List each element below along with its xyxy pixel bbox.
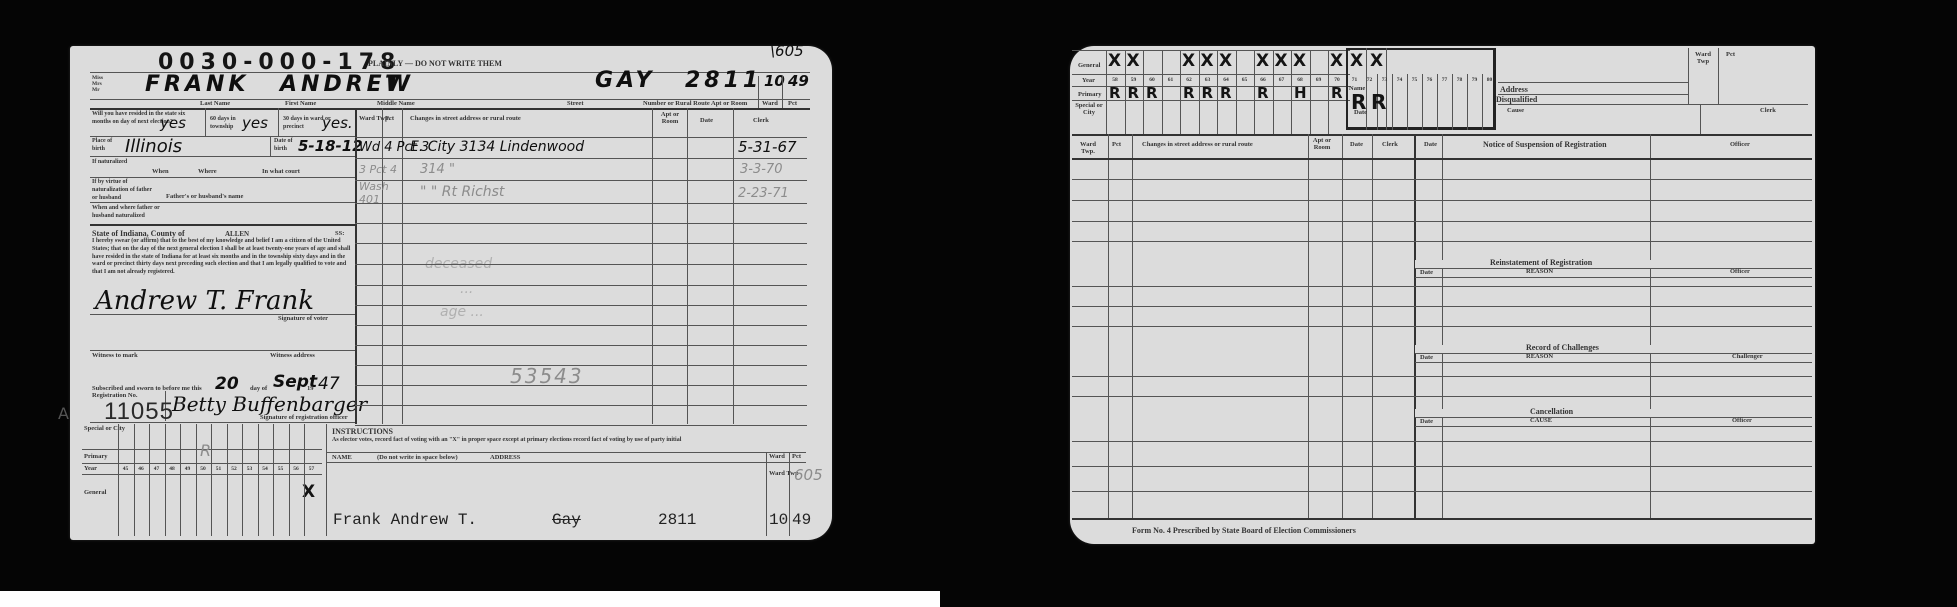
label-pct: Pct bbox=[1726, 52, 1735, 59]
col-changes: Changes in street address or rural route bbox=[1142, 142, 1253, 149]
col-date: Date bbox=[700, 118, 713, 125]
label-do-not-write: (Do not write in space below) bbox=[377, 455, 458, 462]
primary-vote-mark: R bbox=[1128, 84, 1140, 102]
year-cell: 56 bbox=[289, 466, 304, 472]
year-cell: 79 bbox=[1467, 77, 1482, 83]
voter-registration-card-front: 0030-000-178 PLAINLY — DO NOT WRITE THEM… bbox=[70, 46, 832, 540]
label-naturalized: If naturalized bbox=[92, 159, 132, 167]
col-apt: Apt or Room bbox=[1310, 138, 1334, 152]
change-2-address: 314 " bbox=[420, 162, 455, 177]
year-cell: 52 bbox=[227, 466, 242, 472]
label-first-name: First Name bbox=[285, 101, 316, 108]
label-street: Street bbox=[567, 101, 583, 108]
prefix-mr: Mr bbox=[92, 88, 100, 94]
row-general: General bbox=[84, 490, 106, 497]
primary-vote-mark: R bbox=[1351, 90, 1366, 114]
change-3-address: " " Rt Richst bbox=[420, 184, 504, 200]
change-1-address: E. City 3134 Lindenwood bbox=[410, 139, 584, 155]
year-cell: 67 bbox=[1273, 77, 1291, 83]
label-fathers-name: Father's or husband's name bbox=[166, 194, 243, 201]
change-1-date: 5-31-67 bbox=[738, 138, 797, 156]
faint-note-2: ... bbox=[460, 281, 473, 297]
cancel-cause: CAUSE bbox=[1530, 418, 1552, 425]
year-cell: 64 bbox=[1217, 77, 1235, 83]
col-officer: Officer bbox=[1730, 142, 1750, 149]
col-pct: Pct bbox=[385, 116, 394, 123]
bottom-twp-note: 605 bbox=[794, 466, 823, 484]
label-apt: Apt or Room bbox=[711, 101, 747, 108]
year-cell: 70 bbox=[1328, 77, 1346, 83]
officer-signature: Betty Buffenbarger bbox=[172, 392, 367, 416]
precinct-value: 49 bbox=[788, 72, 809, 90]
label-cause: Cause bbox=[1507, 108, 1524, 115]
col-ward-twp: Ward Twp. bbox=[1076, 142, 1100, 156]
primary-vote-mark: R bbox=[1331, 84, 1343, 102]
typed-number: 2811 bbox=[658, 511, 696, 529]
last-name-value: FRANK bbox=[145, 72, 249, 97]
general-vote-mark: X bbox=[1275, 51, 1288, 71]
header-note: PLAINLY — DO NOT WRITE THEM bbox=[368, 60, 502, 68]
primary-vote-mark: R bbox=[1257, 84, 1269, 102]
row-year: Year bbox=[84, 466, 97, 473]
house-number-value: 2811 bbox=[685, 68, 762, 93]
subscribed-day: 20 bbox=[215, 374, 239, 394]
year-cell: 51 bbox=[211, 466, 226, 472]
row-special: Special or City bbox=[1074, 103, 1104, 117]
year-cell: 72 bbox=[1362, 77, 1377, 83]
year-cell: 46 bbox=[134, 466, 149, 472]
street-value: GAY bbox=[595, 68, 656, 93]
year-cell: 54 bbox=[258, 466, 273, 472]
year-cell: 53 bbox=[242, 466, 257, 472]
instructions-text: As elector votes, record fact of voting … bbox=[332, 437, 802, 444]
year-cell: 59 bbox=[1125, 77, 1143, 83]
year-cell: 69 bbox=[1310, 77, 1328, 83]
change-2-date: 3-3-70 bbox=[740, 162, 782, 177]
col-pct: Pct bbox=[1112, 142, 1121, 149]
year-cell: 45 bbox=[118, 466, 133, 472]
year-cell: 65 bbox=[1236, 77, 1254, 83]
row-general: General bbox=[1078, 63, 1100, 70]
change-2-ward: 3 Pct 4 bbox=[359, 163, 397, 176]
section-cancellation: Cancellation bbox=[1530, 408, 1573, 416]
label-ss: SS: bbox=[335, 231, 344, 238]
challenge-date: Date bbox=[1420, 355, 1433, 362]
primary-vote-mark: R bbox=[1220, 84, 1232, 102]
answer-resided-state: yes bbox=[160, 114, 186, 132]
label-signature-officer: Signature of registration officer bbox=[260, 415, 348, 422]
col-clerk: Clerk bbox=[753, 118, 769, 125]
col-changes: Changes in street address or rural route bbox=[410, 116, 521, 123]
primary-vote-mark: R bbox=[1109, 84, 1121, 102]
general-vote-mark: X bbox=[1201, 51, 1214, 71]
row-year: Year bbox=[1082, 78, 1095, 85]
year-cell: 58 bbox=[1106, 77, 1124, 83]
year-cell: 66 bbox=[1254, 77, 1272, 83]
reinstatement-officer: Officer bbox=[1730, 269, 1750, 276]
row-primary: Primary bbox=[1078, 92, 1101, 99]
section-challenges: Record of Challenges bbox=[1526, 344, 1599, 352]
answer-30-days: yes. bbox=[322, 114, 353, 132]
year-cell: 55 bbox=[273, 466, 288, 472]
primary-vote-mark: R bbox=[1371, 90, 1386, 114]
label-bottom-ward: Ward bbox=[769, 454, 785, 461]
year-cell: 49 bbox=[180, 466, 195, 472]
general-vote-mark: X bbox=[1256, 51, 1269, 71]
primary-vote-mark: R bbox=[1202, 84, 1214, 102]
general-vote-mark: X bbox=[1219, 51, 1232, 71]
year-cell: 73 bbox=[1377, 77, 1392, 83]
label-place-of-birth: Place of birth bbox=[92, 138, 122, 154]
year-cell: 68 bbox=[1291, 77, 1309, 83]
general-vote-mark: X bbox=[1182, 51, 1195, 71]
year-cell: 48 bbox=[165, 466, 180, 472]
label-pct: Pct bbox=[788, 101, 797, 108]
label-when: When bbox=[152, 169, 169, 176]
label-witness-mark: Witness to mark bbox=[92, 353, 138, 360]
year-cell: 62 bbox=[1180, 77, 1198, 83]
general-vote-mark: X bbox=[1127, 51, 1140, 71]
subscribed-year: 47 bbox=[318, 374, 340, 394]
label-signature-voter: Signature of voter bbox=[278, 316, 328, 323]
year-cell: 50 bbox=[196, 466, 211, 472]
challenge-reason: REASON bbox=[1526, 354, 1553, 361]
general-vote-mark: X bbox=[1330, 51, 1343, 71]
year-cell: 60 bbox=[1143, 77, 1161, 83]
side-letter: A bbox=[58, 404, 69, 423]
typed-street: Gay bbox=[552, 511, 581, 529]
label-ward: Ward bbox=[762, 101, 778, 108]
label-clerk: Clerk bbox=[1760, 108, 1776, 115]
label-court: In what court bbox=[262, 169, 300, 176]
section-reinstatement: Reinstatement of Registration bbox=[1490, 259, 1592, 267]
challenge-challenger: Challenger bbox=[1732, 354, 1763, 361]
label-name-col: NAME bbox=[332, 455, 352, 462]
col-clerk: Clerk bbox=[1382, 142, 1398, 149]
year-cell: 76 bbox=[1422, 77, 1437, 83]
general-vote-mark: X bbox=[1370, 51, 1383, 71]
label-house-number: Number or Rural Route bbox=[643, 101, 710, 108]
change-3-date: 2-23-71 bbox=[738, 186, 789, 201]
year-cell: 47 bbox=[149, 466, 164, 472]
label-witness-address: Witness address bbox=[270, 353, 315, 360]
label-when-where-father: When and where father or husband natural… bbox=[92, 205, 162, 221]
row-primary: Primary bbox=[84, 454, 107, 461]
instructions-title: INSTRUCTIONS bbox=[332, 428, 393, 436]
primary-vote-mark: H bbox=[1294, 84, 1307, 102]
primary-marks: R bbox=[200, 441, 211, 460]
scan-edge-strip bbox=[0, 591, 940, 607]
year-cell: 71 bbox=[1347, 77, 1362, 83]
general-vote-mark: X bbox=[1293, 51, 1306, 71]
answer-date-of-birth: 5-18-12 bbox=[298, 137, 363, 155]
year-cell: 63 bbox=[1199, 77, 1217, 83]
typed-pct: 49 bbox=[792, 511, 811, 529]
form-footer: Form No. 4 Prescribed by State Board of … bbox=[1132, 527, 1356, 535]
cancel-date: Date bbox=[1420, 419, 1433, 426]
answer-60-days: yes bbox=[242, 114, 268, 132]
reinstatement-reason: REASON bbox=[1526, 269, 1553, 276]
col-apt: Apt or Room bbox=[658, 112, 682, 126]
year-cell: 80 bbox=[1482, 77, 1497, 83]
general-vote-mark: X bbox=[1350, 51, 1363, 71]
label-address-col: ADDRESS bbox=[490, 455, 520, 462]
reinstatement-date: Date bbox=[1420, 270, 1433, 277]
year-cell: 77 bbox=[1437, 77, 1452, 83]
label-last-name: Last Name bbox=[200, 101, 230, 108]
general-vote-mark: X bbox=[1108, 51, 1121, 71]
primary-vote-mark: R bbox=[1183, 84, 1195, 102]
year-cell: 78 bbox=[1452, 77, 1467, 83]
label-ward-twp: Ward Twp bbox=[1690, 52, 1716, 66]
faint-note-3: age ... bbox=[440, 304, 484, 320]
answer-place-of-birth: Illinois bbox=[125, 136, 182, 157]
col-date: Date bbox=[1350, 142, 1363, 149]
year-cell: 61 bbox=[1162, 77, 1180, 83]
middle-name-value: T bbox=[385, 72, 404, 97]
col-susp-date: Date bbox=[1424, 142, 1437, 149]
oath-text: I hereby swear (or affirm) that to the b… bbox=[92, 238, 354, 277]
year-cell: 74 bbox=[1392, 77, 1407, 83]
voter-registration-card-back: General Year Primary Special or City Nam… bbox=[1070, 46, 1815, 544]
label-middle-name: Middle Name bbox=[377, 101, 415, 108]
col-suspension: Notice of Suspension of Registration bbox=[1483, 141, 1607, 149]
typed-name: Frank Andrew T. bbox=[333, 511, 477, 529]
corner-mark: \605 bbox=[770, 42, 804, 60]
voter-signature: Andrew T. Frank bbox=[95, 286, 314, 316]
year-cell: 75 bbox=[1407, 77, 1422, 83]
year-cell: 57 bbox=[304, 466, 319, 472]
typed-ward: 10 bbox=[769, 511, 788, 529]
primary-vote-mark: R bbox=[1146, 84, 1158, 102]
label-where: Where bbox=[198, 169, 217, 176]
label-bottom-pct: Pct bbox=[792, 454, 801, 461]
label-by-virtue: If by virtue of naturalization of father… bbox=[92, 179, 152, 202]
cancel-officer: Officer bbox=[1732, 418, 1752, 425]
